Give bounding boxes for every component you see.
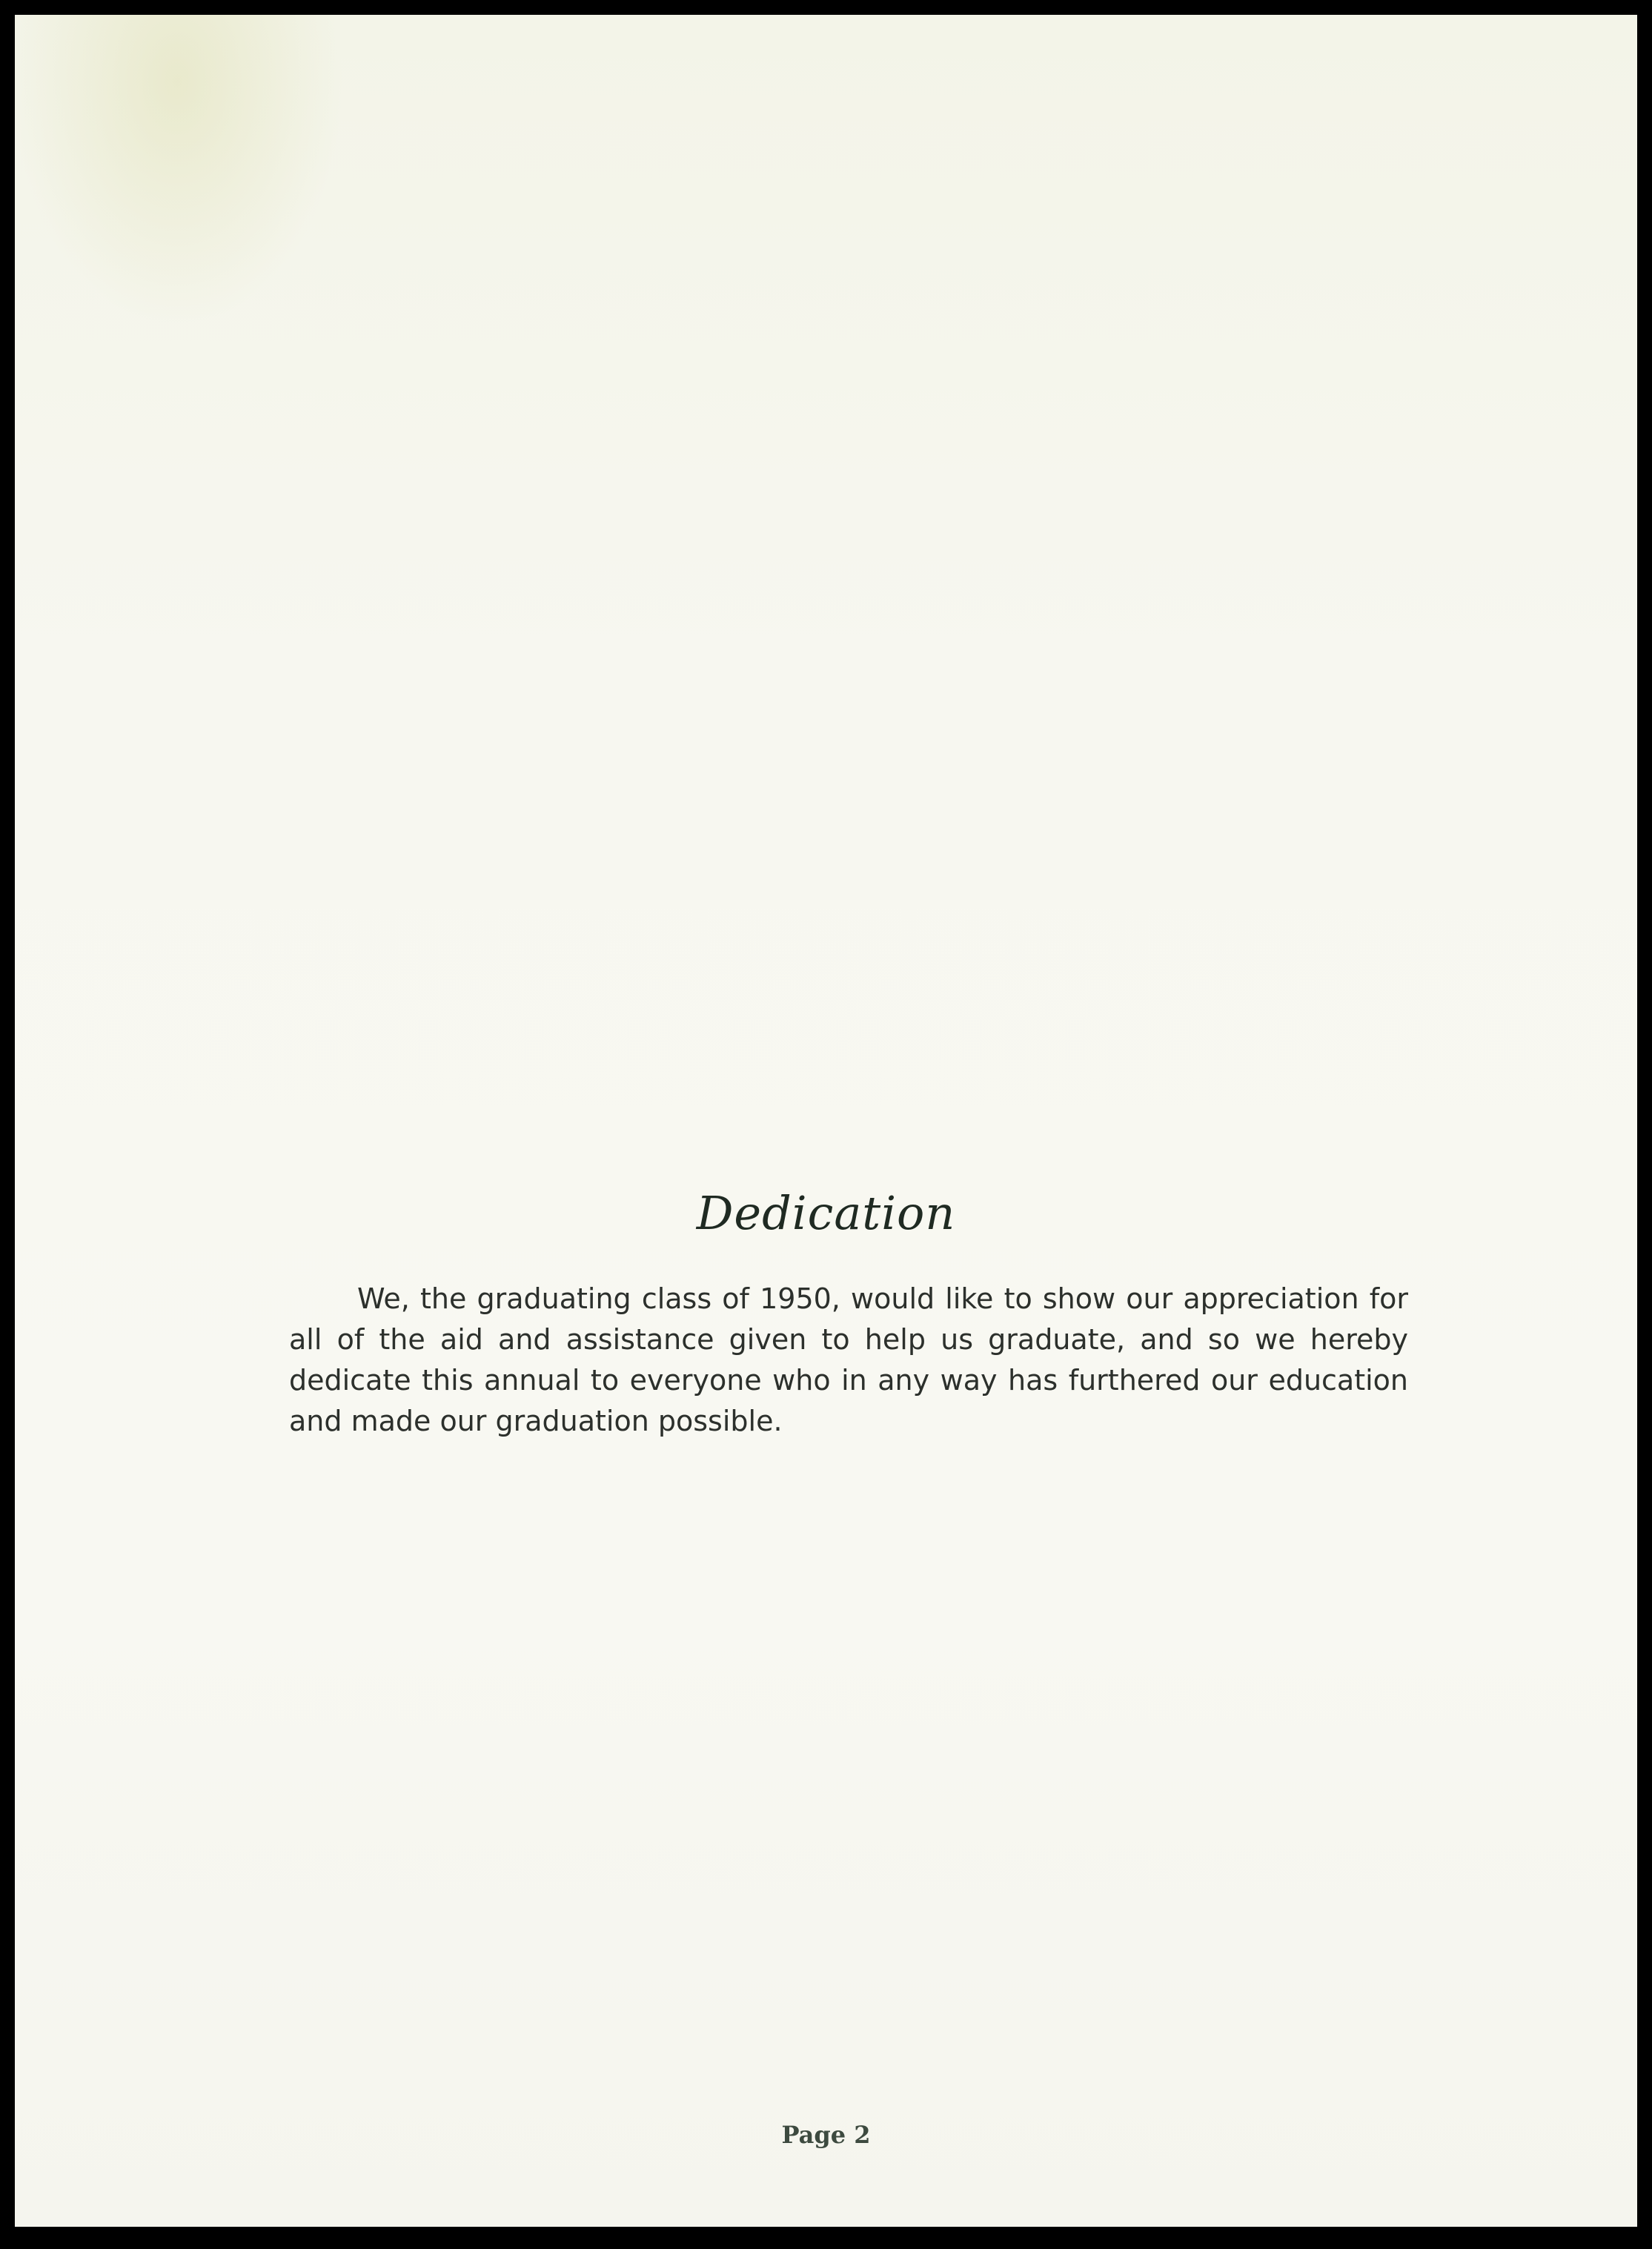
dedication-paragraph: We, the graduating class of 1950, would …	[289, 1279, 1408, 1442]
page-number: Page 2	[15, 2121, 1637, 2149]
dedication-text: We, the graduating class of 1950, would …	[289, 1282, 1408, 1437]
dedication-title: Dedication	[15, 1186, 1637, 1240]
yearbook-page: Dedication We, the graduating class of 1…	[15, 15, 1637, 2227]
